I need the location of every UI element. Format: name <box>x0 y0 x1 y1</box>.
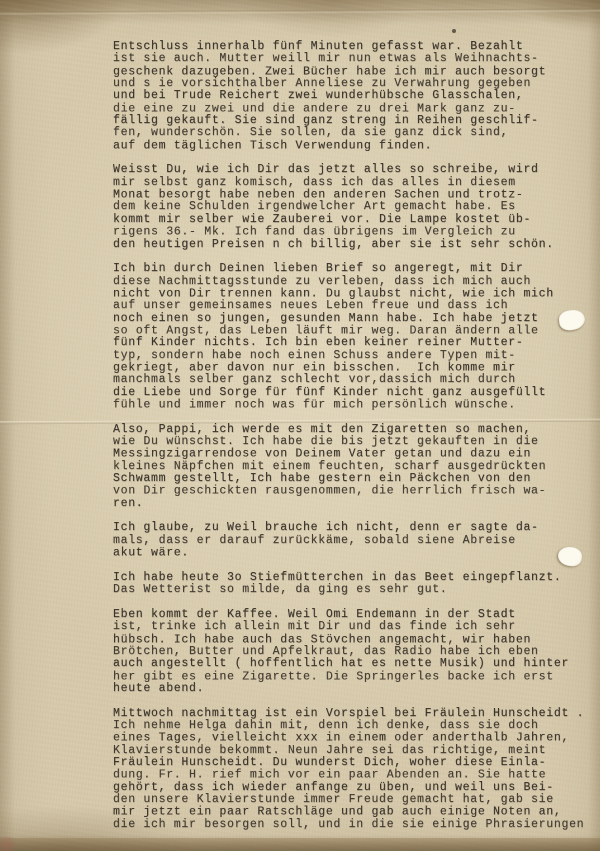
letter-line: die eine zu zwei und die andere zu drei … <box>113 103 595 115</box>
letter-line: Ich glaube, zu Weil brauche ich nicht, d… <box>113 522 595 534</box>
letter-line: mir selbst ganz komisch, dass ich das al… <box>113 177 595 189</box>
paragraph: Also, Pappi, ich werde es mit den Zigare… <box>113 424 595 510</box>
letter-line: Brötchen, Butter und Apfelkraut, das Rad… <box>113 646 595 658</box>
letter-line: rigens 36.- Mk. Ich fand das übrigens im… <box>113 226 595 238</box>
letter-line: her gibt es eine Zigarette. Die Springer… <box>113 671 595 683</box>
letter-line: dung. Fr. H. rief mich vor ein paar Aben… <box>113 770 595 782</box>
stray-ink-dot <box>452 29 456 33</box>
letter-line: typ, sondern habe noch einen Schuss ande… <box>113 350 595 362</box>
letter-line: diese Nachmittagsstunde zu verleben, das… <box>113 276 595 288</box>
letter-line: Ich nehme Helga dahin mit, denn ich denk… <box>113 720 595 732</box>
letter-line: kleines Näpfchen mit einem feuchten, sch… <box>113 461 595 473</box>
letter-line: fühle und immer noch was für mich persön… <box>113 399 595 411</box>
letter-line: ist sie auch. Mutter weill mir nun etwas… <box>113 53 595 65</box>
letter-line: mals, dass er darauf zurückkäme, sobald … <box>113 535 595 547</box>
letter-line: kommt mir selber wie Zauberei vor. Die L… <box>113 214 595 226</box>
paragraph: Ich bin durch Deinen lieben Brief so ang… <box>113 263 595 411</box>
letter-line: ren. <box>113 498 595 510</box>
letter-line: Klavierstunde bekommt. Neun Jahre sei da… <box>113 745 595 757</box>
paragraph: Ich habe heute 3o Stiefmütterchen in das… <box>113 572 595 597</box>
letter-line: Schwamm gestellt, Ich habe gestern ein P… <box>113 473 595 485</box>
letter-line: die Liebe und Sorge für fünf Kinder nich… <box>113 387 595 399</box>
letter-line: von Dir geschickten rausgenommen, die he… <box>113 486 595 498</box>
letter-line: dem keine Schulden irgendwelcher Art gem… <box>113 201 595 213</box>
letter-line: auf dem täglichen Tisch Verwendung finde… <box>113 140 595 152</box>
letter-line: fünf Kinder nichts. Ich bin eben keiner … <box>113 337 595 349</box>
letter-line: Weisst Du, wie ich Dir das jetzt alles s… <box>113 164 595 176</box>
letter-line: Fräulein Hunscheidt. Du wunderst Dich, w… <box>113 757 595 769</box>
paragraph: Eben kommt der Kaffee. Weil Omi Endemann… <box>113 609 595 695</box>
letter-line: den heutigen Preisen n ch billig, aber s… <box>113 239 595 251</box>
letter-line: heute abend. <box>113 683 595 695</box>
letter-line: fen, wunderschön. Sie sollen, da sie gan… <box>113 127 595 139</box>
letter-body: Entschluss innerhalb fünf Minuten gefass… <box>113 41 595 843</box>
scanned-letter-page: { "document": { "kind": "typewritten let… <box>0 0 600 851</box>
letter-line: so oft Angst, das Leben läuft mir weg. D… <box>113 325 595 337</box>
paragraph: Entschluss innerhalb fünf Minuten gefass… <box>113 41 595 152</box>
letter-line: auch angestellt ( hoffentlich hat es net… <box>113 658 595 670</box>
paragraph: Mittwoch nachmittag ist ein Vorspiel bei… <box>113 708 595 831</box>
letter-line: die ich mir besorgen soll, und in die si… <box>113 819 595 831</box>
letter-line: manchmals selber ganz schlecht vor,dassi… <box>113 374 595 386</box>
letter-line: Das Wetterist so milde, da ging es sehr … <box>113 584 595 596</box>
letter-line: wie Du wünschst. Ich habe die bis jetzt … <box>113 436 595 448</box>
letter-line: und bei Trude Reichert zwei wunderhübsch… <box>113 90 595 102</box>
letter-line: und s ie vorsichthalber Anneliese zu Ver… <box>113 78 595 90</box>
letter-line: akut wäre. <box>113 547 595 559</box>
letter-line: ist, trinke ich allein mit Dir und das f… <box>113 621 595 633</box>
letter-line: den unsere Klavierstunde immer Freude ge… <box>113 794 595 806</box>
letter-line: noch einen so jungen, gesunden Mann habe… <box>113 313 595 325</box>
letter-line: auf unser gemeinsames neues Leben freue … <box>113 300 595 312</box>
paragraph: Weisst Du, wie ich Dir das jetzt alles s… <box>113 164 595 250</box>
paragraph: Ich glaube, zu Weil brauche ich nicht, d… <box>113 522 595 559</box>
letter-line: Ich bin durch Deinen lieben Brief so ang… <box>113 263 595 275</box>
